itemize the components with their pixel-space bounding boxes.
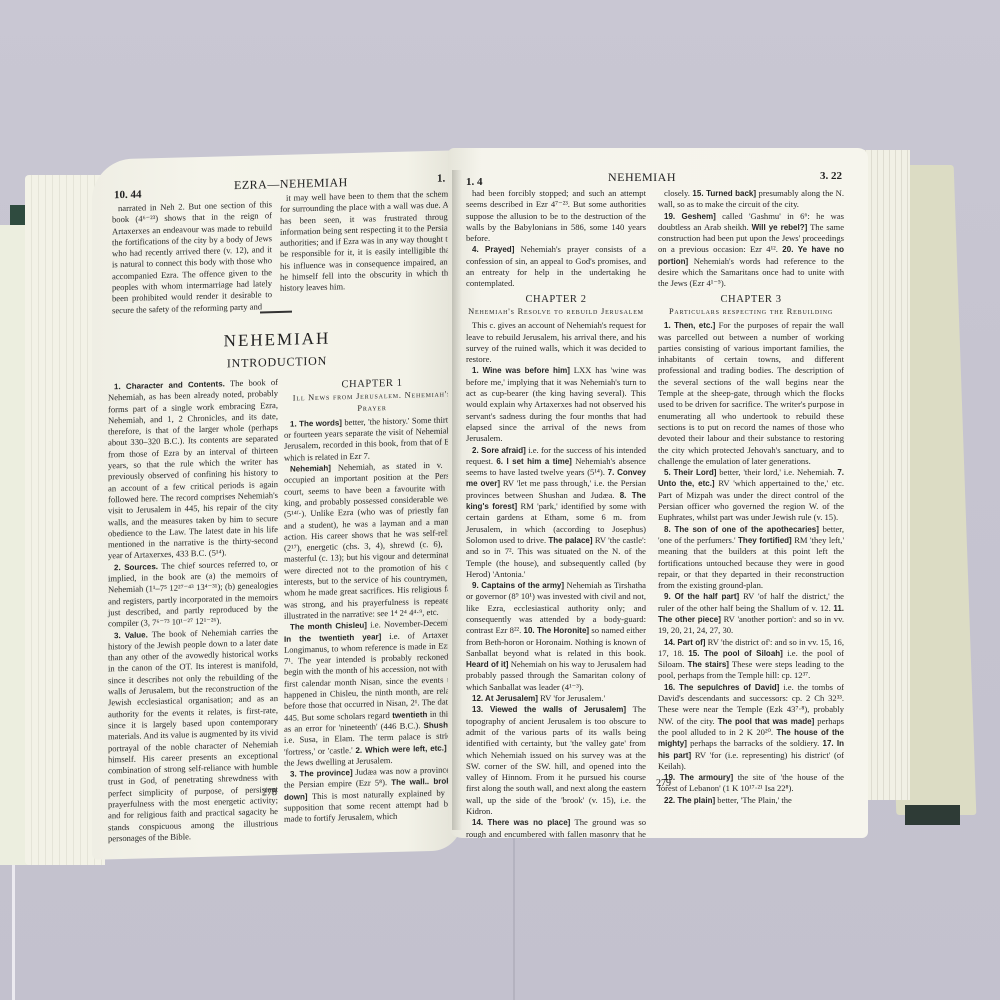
verse-text: LXX has 'wine was before me,' implying t…: [466, 365, 646, 443]
paragraph: narrated in Neh 2. But one section of th…: [112, 199, 272, 316]
verse-heading: 1. The words]: [290, 418, 342, 428]
verse-heading: 2. Which were left, etc.]: [355, 743, 446, 754]
chapter-title: CHAPTER 3: [658, 294, 844, 305]
chapter-subtitle: Ill News from Jerusalem. Nehemiah's Pray…: [284, 389, 460, 416]
verse-heading: 8. The son of one of the apothecaries]: [664, 525, 819, 534]
verse-heading: 14. There was no place]: [472, 818, 570, 827]
verse-heading: 6. I set him a time]: [496, 457, 571, 466]
verse-heading: 22. The plain]: [664, 796, 715, 805]
chapter-subtitle: Particulars respecting the Rebuilding: [658, 306, 844, 317]
verse-text: i.e. November-December.: [370, 617, 460, 629]
surface-edge: [12, 860, 15, 1000]
page-number-left: 278: [262, 787, 277, 798]
verse-heading: 15. The pool of Siloah]: [688, 649, 782, 658]
section-text: The book of Nehemiah, as has been alread…: [108, 377, 278, 561]
section-divider: [260, 311, 292, 314]
paragraph: had been forcibly stopped; and such an a…: [466, 188, 646, 244]
verse-heading: 1. Then, etc.]: [664, 321, 715, 330]
verse-heading: 4. Prayed]: [472, 245, 514, 254]
verse-heading: The month Chisleu]: [290, 621, 367, 632]
right-page: 1. 4 NEHEMIAH 3. 22 had been forcibly st…: [448, 148, 868, 838]
book-title: NEHEMIAH: [192, 328, 362, 352]
verse-heading: The palace]: [548, 536, 592, 545]
running-head-title: EZRA—NEHEMIAH: [234, 175, 348, 193]
verse-heading: 15. Turned back]: [692, 189, 756, 198]
ezra-column-b: it may well have been to them that the s…: [280, 188, 452, 294]
verse-heading: The stairs]: [688, 660, 729, 669]
verse-text: RV 'for Jerusalem.': [540, 693, 605, 703]
verse-heading: 3. The province]: [290, 768, 353, 779]
running-head-ref-left: 10. 44: [114, 189, 142, 202]
verse-text: These were steps leading to the pool, pe…: [658, 659, 844, 680]
running-head-title: NEHEMIAH: [608, 170, 676, 185]
verse-heading: 16. The sepulchres of David]: [664, 683, 779, 692]
verse-text: better, 'The Plain,' the: [717, 795, 792, 805]
verse-heading: Will ye rebel?]: [752, 223, 808, 232]
verse-heading: Heard of it]: [466, 660, 508, 669]
ezra-column-a: narrated in Neh 2. But one section of th…: [112, 199, 272, 316]
chapter-title: CHAPTER 2: [466, 294, 646, 305]
right-column-b: closely. 15. Turned back] presumably alo…: [658, 188, 844, 806]
paragraph: it may well have been to them that the s…: [280, 188, 452, 294]
book-cover-right-bottom: [905, 805, 960, 825]
verse-text: The topography of ancient Jerusalem is t…: [466, 704, 646, 816]
chapter-intro: This c. gives an account of Nehemiah's r…: [466, 320, 646, 365]
introduction-title: INTRODUCTION: [192, 353, 362, 372]
chapter-1-column: CHAPTER 1 Ill News from Jerusalem. Nehem…: [284, 372, 460, 825]
verse-text: For the purposes of repair the wall was …: [658, 320, 844, 466]
section-heading: 2. Sources.: [114, 562, 158, 572]
verse-heading: 2. Sore afraid]: [472, 446, 526, 455]
verse-heading: They fortified]: [738, 536, 792, 545]
verse-heading: The pool that was made]: [718, 717, 815, 726]
photo-scene: 10. 44 EZRA—NEHEMIAH 1. 4 narrated in Ne…: [0, 0, 1000, 1000]
running-head-ref-left: 1. 4: [466, 176, 483, 188]
verse-heading: 13. Viewed the walls of Jerusalem]: [472, 705, 626, 714]
left-page: 10. 44 EZRA—NEHEMIAH 1. 4 narrated in Ne…: [92, 150, 462, 860]
right-column-a: had been forcibly stopped; and such an a…: [466, 188, 646, 838]
verse-text: closely.: [664, 188, 690, 198]
verse-heading: 19. The armoury]: [664, 773, 733, 782]
book-gutter-shadow: [452, 170, 462, 830]
verse-heading: 10. The Horonite]: [524, 626, 590, 635]
verse-heading: 9. Captains of the army]: [472, 581, 564, 590]
running-head-ref-right: 3. 22: [820, 170, 842, 182]
verse-heading: Nehemiah]: [290, 464, 331, 474]
verse-heading: twentieth: [392, 710, 427, 720]
verse-heading: 12. At Jerusalem]: [472, 694, 538, 703]
verse-heading: 19. Geshem]: [664, 212, 716, 221]
section-heading: 3. Value.: [114, 630, 148, 640]
verse-heading: 14. Part of]: [664, 638, 705, 647]
introduction-column: 1. Character and Contents. The book of N…: [108, 377, 278, 845]
verse-text: perhaps the barracks of the soldiery.: [690, 738, 819, 748]
verse-heading: 1. Wine was before him]: [472, 366, 570, 375]
chapter-subtitle: Nehemiah's Resolve to rebuild Jerusalem: [466, 306, 646, 317]
section-text: The book of Nehemiah carries the history…: [108, 626, 278, 844]
surface-crease: [513, 820, 515, 1000]
verse-text: better, 'their lord,' i.e. Nehemiah.: [719, 467, 834, 477]
verse-heading: 9. Of the half part]: [664, 592, 739, 601]
verse-text: This is most naturally explained by the …: [284, 787, 460, 824]
verse-text: Nehemiah, as stated in v. 11, occupied a…: [284, 459, 460, 620]
verse-heading: 5. Their Lord]: [664, 468, 716, 477]
page-number-right: 279: [656, 778, 671, 789]
